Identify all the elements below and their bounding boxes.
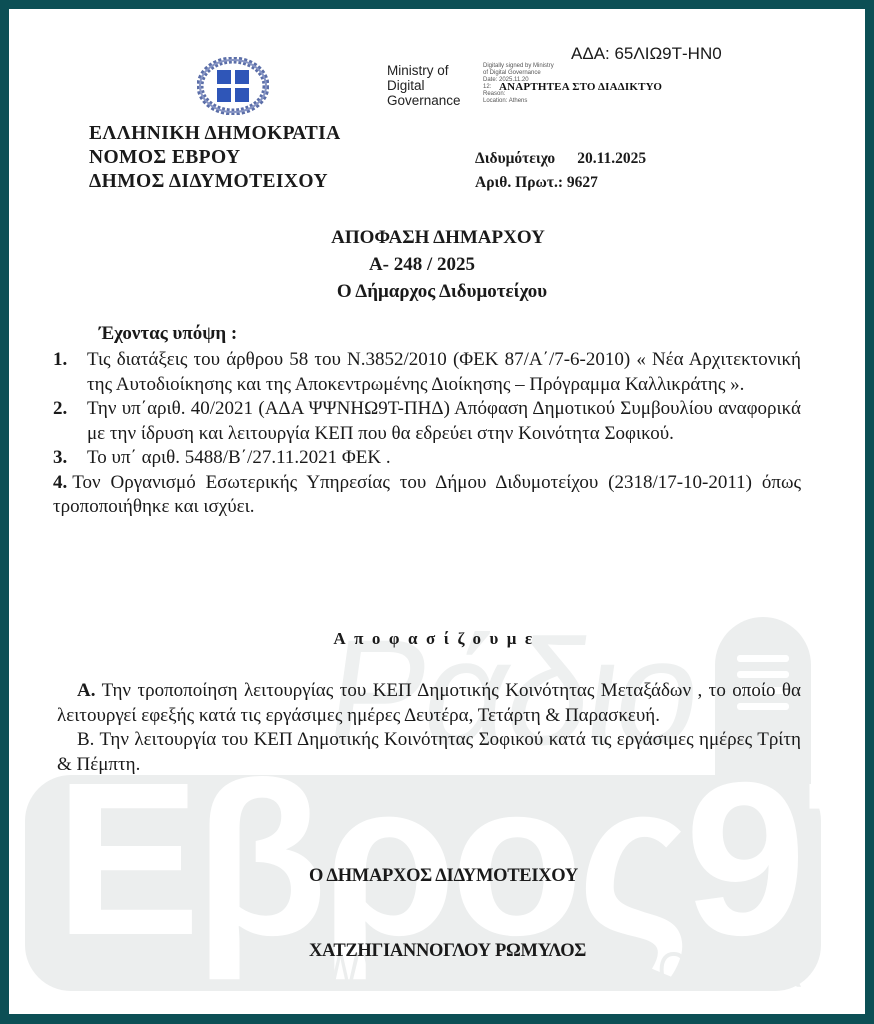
date: 20.11.2025 <box>577 150 646 167</box>
ada-code: ΑΔΑ: 65ΛΙΩ9Τ-ΗΝ0 <box>571 44 722 64</box>
decision-title: ΑΠΟΦΑΣΗ ΔΗΜΑΡΧΟΥ Α- 248 / 2025 Ο Δήμαρχο… <box>9 224 865 305</box>
decision-item: Α. Την τροποποίηση λειτουργίας του ΚΕΠ Δ… <box>57 679 801 728</box>
considering-heading: Έχοντας υπόψη : <box>99 323 237 345</box>
decision-list: Α. Την τροποποίηση λειτουργίας του ΚΕΠ Δ… <box>57 679 801 777</box>
greek-coat-of-arms-icon <box>197 57 269 115</box>
considering-list: 1. Τις διατάξεις του άρθρου 58 του Ν.385… <box>53 348 801 520</box>
ministry-label: Ministry of Digital Governance <box>387 63 461 108</box>
posted-online-stamp: ΑΝΑΡΤΗΤΕΑ ΣΤΟ ΔΙΑΔΙΚΤΥΟ <box>499 81 662 93</box>
protocol-number: 9627 <box>567 174 598 191</box>
protocol-label: Αριθ. Πρωτ.: <box>475 174 563 191</box>
place: Διδυμότειχο <box>475 150 555 167</box>
decision-item: Β. Την λειτουργία του ΚΕΠ Δημοτικής Κοιν… <box>57 728 801 777</box>
list-item: 2. Την υπ΄αριθ. 40/2021 (ΑΔΑ ΨΨΝΗΩ9Τ-ΠΗΔ… <box>53 397 801 446</box>
document-page: Ράδιο Εβρος97.1 WWW.RADIOEVROS.GR ΑΔΑ: 6… <box>9 9 865 1014</box>
issuer-block: ΕΛΛΗΝΙΚΗ ΔΗΜΟΚΡΑΤΙΑ ΝΟΜΟΣ ΕΒΡΟΥ ΔΗΜΟΣ ΔΙ… <box>89 122 341 194</box>
date-protocol-block: Διδυμότειχο20.11.2025 Αριθ. Πρωτ.: 9627 <box>475 147 646 195</box>
list-item: 3. Το υπ΄ αριθ. 5488/Β΄/27.11.2021 ΦΕΚ . <box>53 446 801 471</box>
decision-heading: Αποφασίζουμε <box>9 629 865 649</box>
list-item: 4.Τον Οργανισμό Εσωτερικής Υπηρεσίας του… <box>53 471 801 520</box>
list-item: 1. Τις διατάξεις του άρθρου 58 του Ν.385… <box>53 348 801 397</box>
signer-role: Ο ΔΗΜΑΡΧΟΣ ΔΙΔΥΜΟΤΕΙΧΟΥ <box>309 866 578 887</box>
signer-name: ΧΑΤΖΗΓΙΑΝΝΟΓΛΟΥ ΡΩΜΥΛΟΣ <box>309 941 586 962</box>
watermark-brand-text: Εβρος97.1 <box>55 751 835 969</box>
